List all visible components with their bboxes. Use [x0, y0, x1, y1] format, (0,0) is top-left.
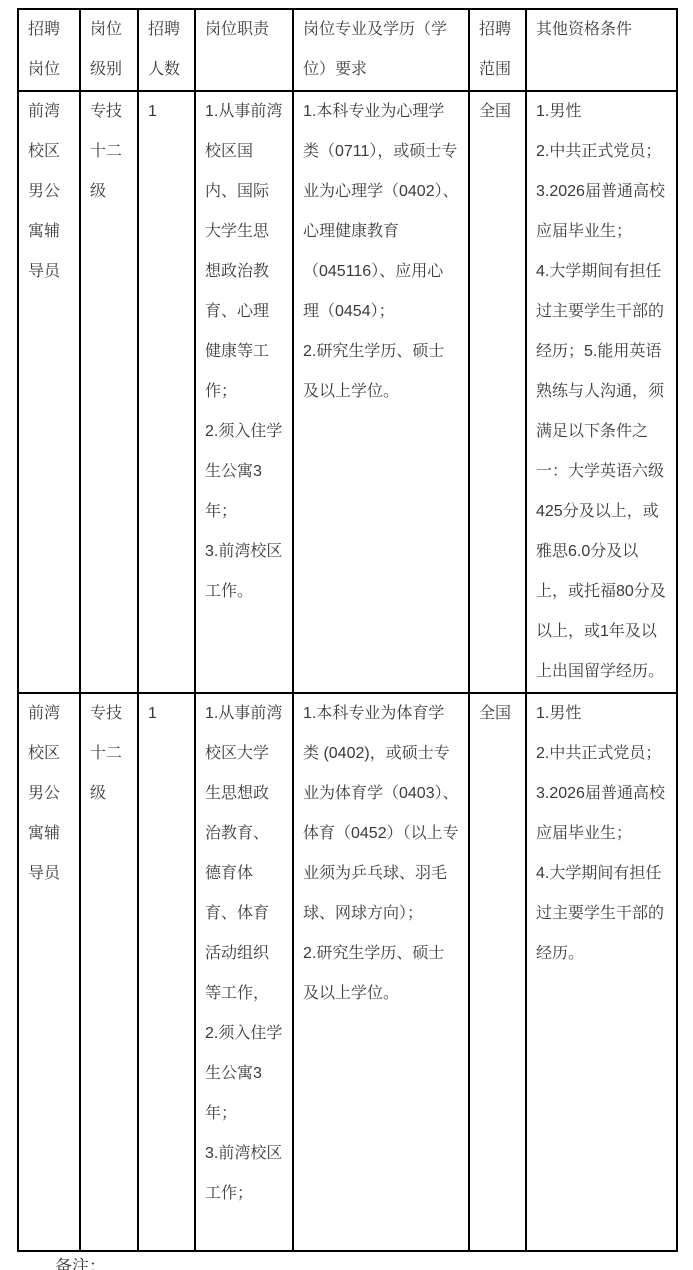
document-page: 招聘岗位 岗位级别 招聘人数 岗位职责 岗位专业及学历（学位）要求 招聘范围 其…	[0, 0, 693, 1270]
cell-duties: 1.从事前湾校区大学生思想政治教育、德育体育、体育活动组织等工作， 2.须入住学…	[195, 693, 293, 1251]
table-header-row: 招聘岗位 岗位级别 招聘人数 岗位职责 岗位专业及学历（学位）要求 招聘范围 其…	[18, 9, 677, 91]
cell-other-qualifications: 1.男性 2.中共正式党员； 3.2026届普通高校应届毕业生； 4.大学期间有…	[526, 693, 677, 1251]
header-major-degree-requirements: 岗位专业及学历（学位）要求	[293, 9, 469, 91]
cell-major-degree-requirements: 1.本科专业为心理学类（0711），或硕士专业为心理学（0402）、心理健康教育…	[293, 91, 469, 693]
header-position-title: 招聘岗位	[18, 9, 80, 91]
cell-duties: 1.从事前湾校区国内、国际大学生思想政治教育、心理健康等工作； 2.须入住学生公…	[195, 91, 293, 693]
note-label: 备注：	[55, 1256, 106, 1270]
cell-position-level: 专技十二级	[80, 693, 138, 1251]
table-row: 前湾校区男公寓辅导员 专技十二级 1 1.从事前湾校区大学生思想政治教育、德育体…	[18, 693, 677, 1251]
header-headcount: 招聘人数	[138, 9, 195, 91]
header-other-qualifications: 其他资格条件	[526, 9, 677, 91]
cell-other-qualifications: 1.男性 2.中共正式党员； 3.2026届普通高校应届毕业生； 4.大学期间有…	[526, 91, 677, 693]
cell-headcount: 1	[138, 91, 195, 693]
cell-position-level: 专技十二级	[80, 91, 138, 693]
header-duties: 岗位职责	[195, 9, 293, 91]
header-position-level: 岗位级别	[80, 9, 138, 91]
header-recruitment-scope: 招聘范围	[469, 9, 526, 91]
cell-recruitment-scope: 全国	[469, 91, 526, 693]
cell-recruitment-scope: 全国	[469, 693, 526, 1251]
cell-position-title: 前湾校区男公寓辅导员	[18, 693, 80, 1251]
cell-position-title: 前湾校区男公寓辅导员	[18, 91, 80, 693]
recruitment-table: 招聘岗位 岗位级别 招聘人数 岗位职责 岗位专业及学历（学位）要求 招聘范围 其…	[17, 8, 678, 1252]
cell-headcount: 1	[138, 693, 195, 1251]
table-row: 前湾校区男公寓辅导员 专技十二级 1 1.从事前湾校区国内、国际大学生思想政治教…	[18, 91, 677, 693]
cell-major-degree-requirements: 1.本科专业为体育学类 (0402)，或硕士专业为体育学（0403）、体育（04…	[293, 693, 469, 1251]
